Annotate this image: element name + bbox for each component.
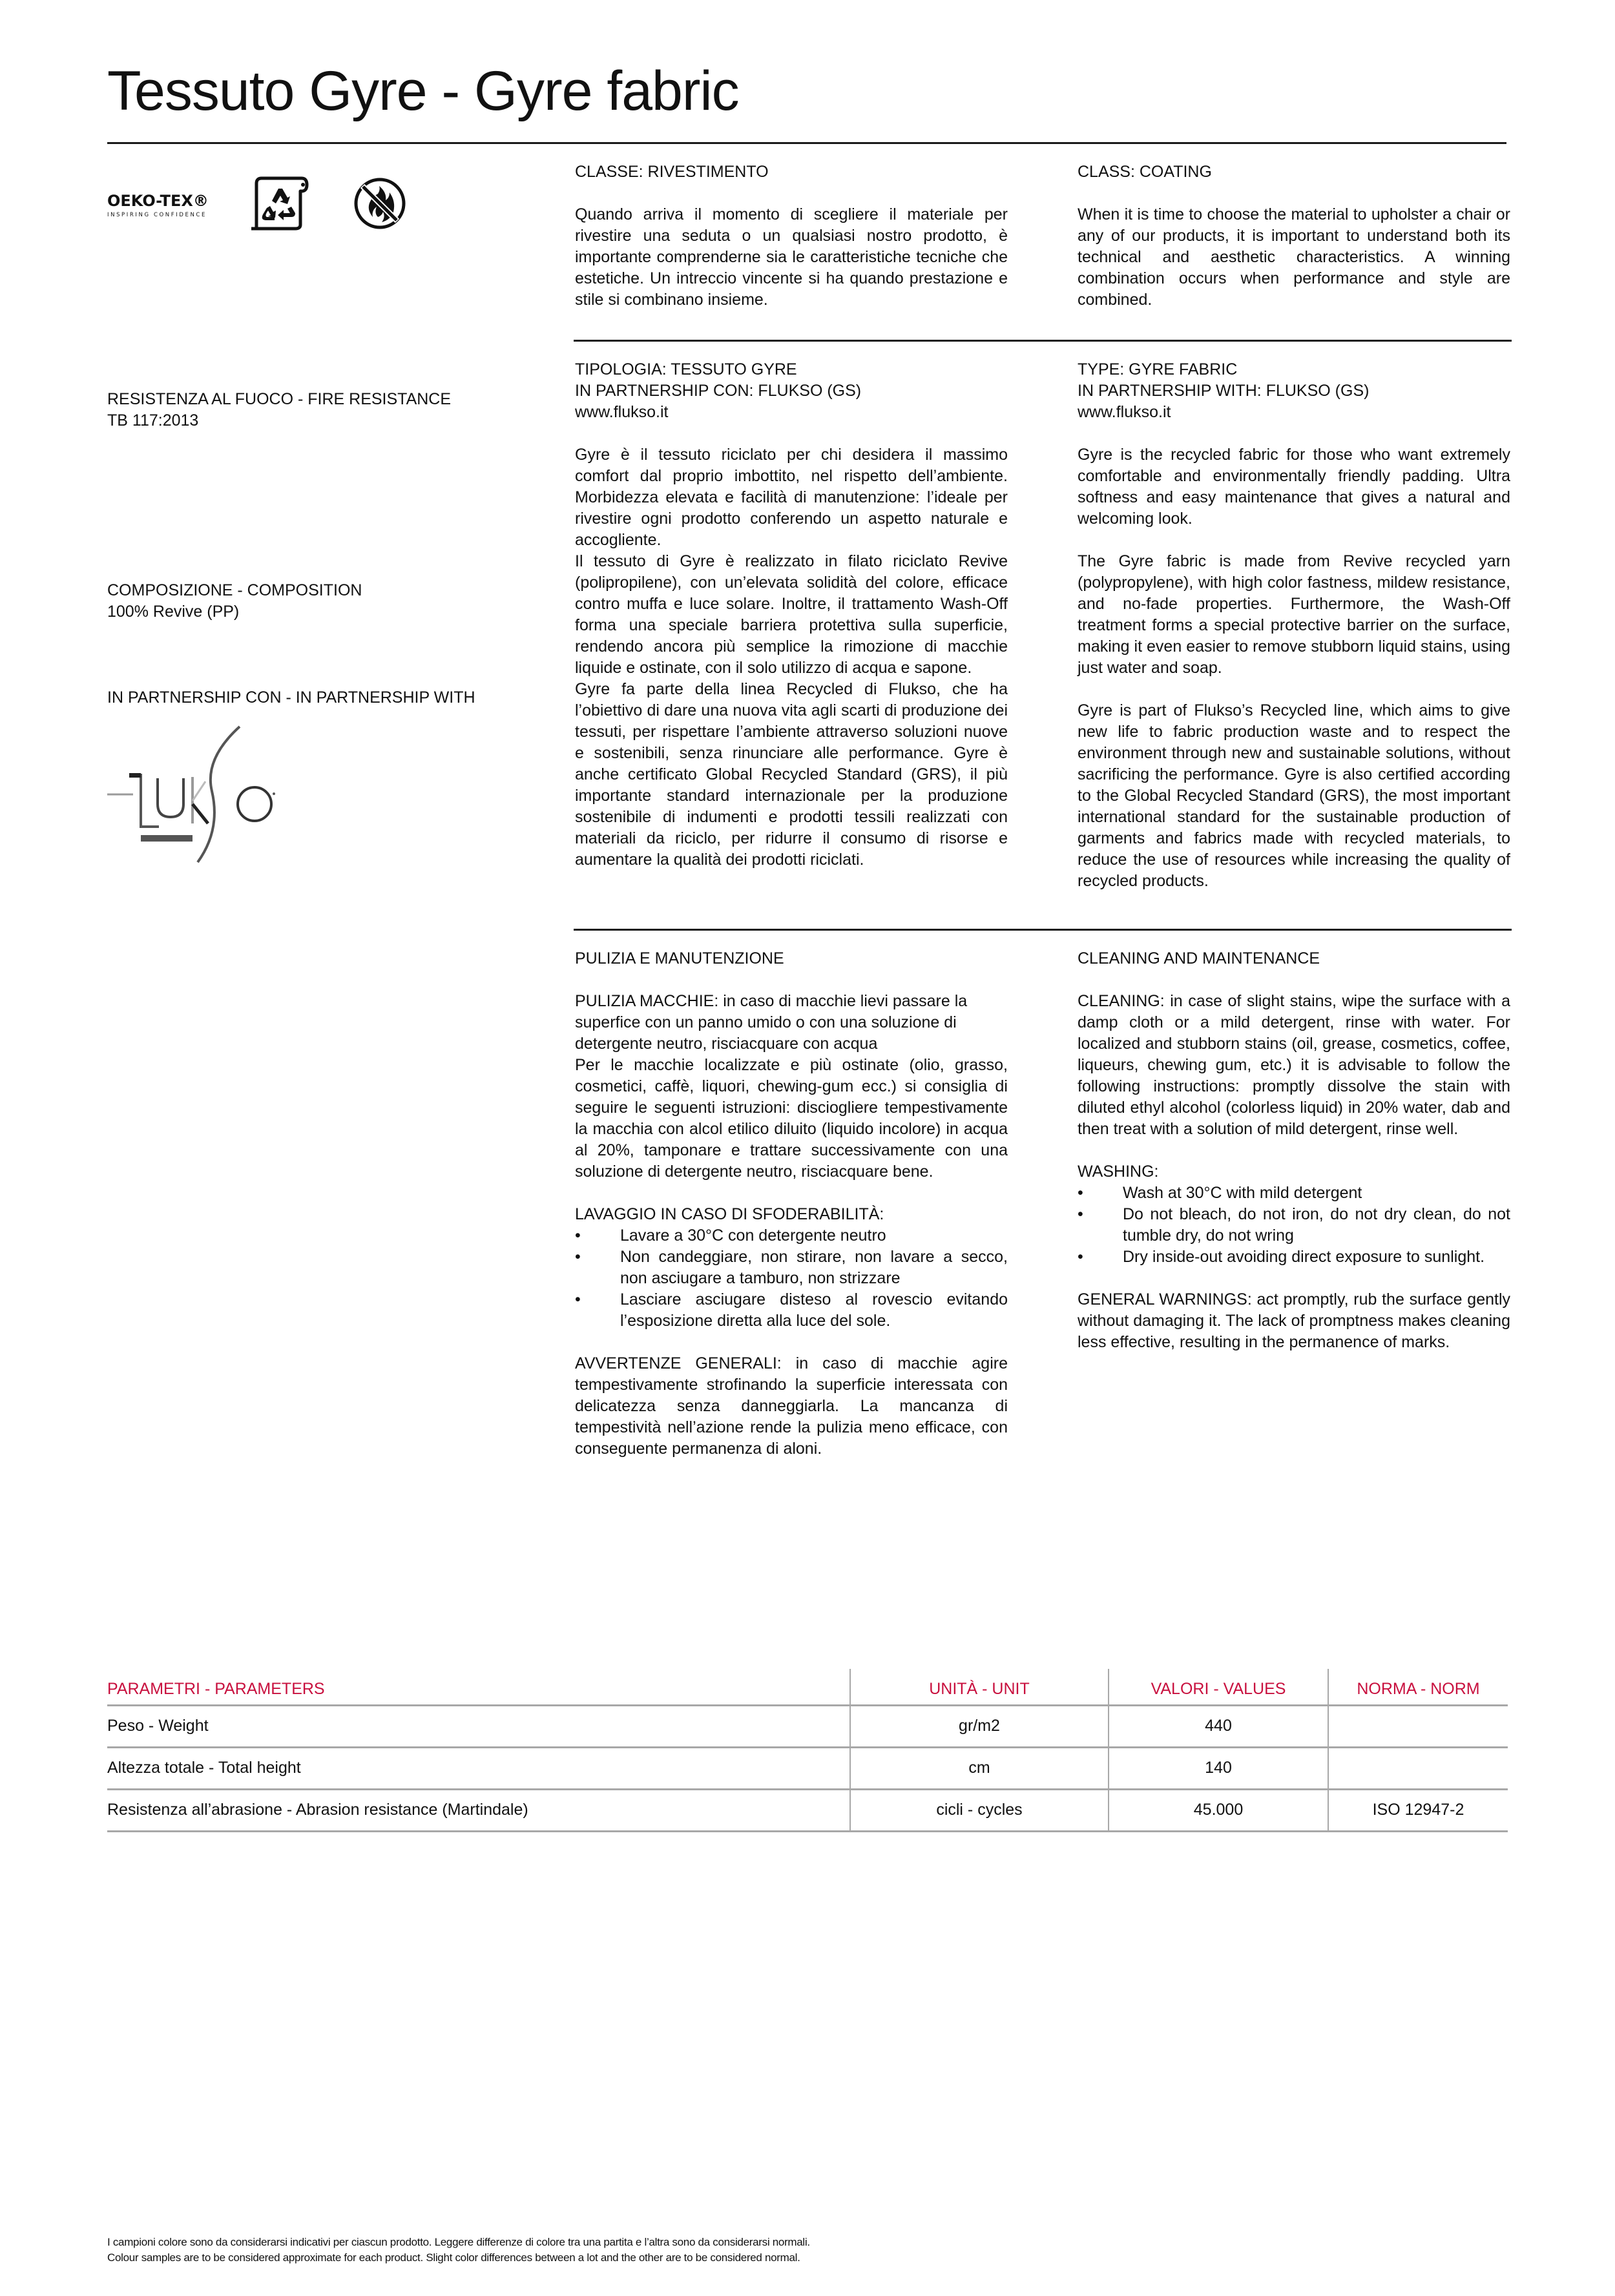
warnings-it: AVVERTENZE GENERALI: in caso di macchie … bbox=[575, 1353, 1008, 1460]
composition-value: 100% Revive (PP) bbox=[107, 601, 559, 623]
param-norm bbox=[1328, 1705, 1508, 1747]
flukso-link-en[interactable]: www.flukso.it bbox=[1078, 402, 1510, 423]
section-divider bbox=[574, 929, 1512, 931]
composition-label: COMPOSIZIONE - COMPOSITION bbox=[107, 580, 559, 601]
param-value: 440 bbox=[1109, 1705, 1328, 1747]
certification-logos: OEKO-TEX® INSPIRING CONFIDENCE bbox=[107, 174, 406, 233]
oeko-tex-tagline: INSPIRING CONFIDENCE bbox=[107, 212, 207, 218]
param-unit: gr/m2 bbox=[850, 1705, 1109, 1747]
type-section-it: TIPOLOGIA: TESSUTO GYRE IN PARTNERSHIP C… bbox=[575, 359, 1008, 871]
washing-list-it: Lavare a 30°C con detergente neutro Non … bbox=[575, 1225, 1008, 1332]
type-paragraph-1-en: Gyre is the recycled fabric for those wh… bbox=[1078, 444, 1510, 530]
table-row: Resistenza all’abrasione - Abrasion resi… bbox=[107, 1789, 1508, 1831]
partnership-label: IN PARTNERSHIP CON - IN PARTNERSHIP WITH bbox=[107, 687, 559, 708]
title-divider bbox=[107, 142, 1506, 144]
table-header-row: PARAMETRI - PARAMETERS UNITÀ - UNIT VALO… bbox=[107, 1669, 1508, 1705]
oeko-tex-wordmark: OEKO-TEX® bbox=[107, 193, 209, 209]
param-norm: ISO 12947-2 bbox=[1328, 1789, 1508, 1831]
recycled-fabric-icon bbox=[249, 174, 313, 233]
cleaning-section-en: CLEANING AND MAINTENANCE CLEANING: in ca… bbox=[1078, 948, 1510, 1353]
washing-heading-en: WASHING: bbox=[1078, 1161, 1510, 1183]
param-name: Peso - Weight bbox=[107, 1705, 850, 1747]
footer-disclaimer: I campioni colore sono da considerarsi i… bbox=[107, 2235, 810, 2266]
param-name: Resistenza all’abrasione - Abrasion resi… bbox=[107, 1789, 850, 1831]
footer-line-it: I campioni colore sono da considerarsi i… bbox=[107, 2235, 810, 2250]
composition-block: COMPOSIZIONE - COMPOSITION 100% Revive (… bbox=[107, 580, 559, 623]
cleaning-heading-it: PULIZIA E MANUTENZIONE bbox=[575, 948, 1008, 969]
flukso-logo bbox=[107, 720, 275, 875]
class-heading-it: CLASSE: RIVESTIMENTO bbox=[575, 161, 1008, 183]
header-parameters: PARAMETRI - PARAMETERS bbox=[107, 1669, 850, 1705]
table-row: Peso - Weight gr/m2 440 bbox=[107, 1705, 1508, 1747]
partnership-block: IN PARTNERSHIP CON - IN PARTNERSHIP WITH bbox=[107, 687, 559, 708]
washing-item: Lasciare asciugare disteso al rovescio e… bbox=[575, 1289, 1008, 1332]
class-body-it: Quando arriva il momento di scegliere il… bbox=[575, 204, 1008, 311]
type-section-en: TYPE: GYRE FABRIC IN PARTNERSHIP WITH: F… bbox=[1078, 359, 1510, 892]
header-norm: NORMA - NORM bbox=[1328, 1669, 1508, 1705]
washing-list-en: Wash at 30°C with mild detergent Do not … bbox=[1078, 1183, 1510, 1268]
type-paragraph-3-it: Gyre fa parte della linea Recycled di Fl… bbox=[575, 679, 1008, 871]
fire-resistance-value: TB 117:2013 bbox=[107, 410, 559, 431]
header-values: VALORI - VALUES bbox=[1109, 1669, 1328, 1705]
washing-item: Lavare a 30°C con detergente neutro bbox=[575, 1225, 1008, 1246]
warnings-en: GENERAL WARNINGS: act promptly, rub the … bbox=[1078, 1289, 1510, 1353]
partnership-line-en: IN PARTNERSHIP WITH: FLUKSO (GS) bbox=[1078, 380, 1510, 402]
table-row: Altezza totale - Total height cm 140 bbox=[107, 1747, 1508, 1789]
footer-line-en: Colour samples are to be considered appr… bbox=[107, 2250, 810, 2266]
type-heading-en: TYPE: GYRE FABRIC bbox=[1078, 359, 1510, 380]
washing-heading-it: LAVAGGIO IN CASO DI SFODERABILITÀ: bbox=[575, 1204, 1008, 1225]
no-fire-icon bbox=[353, 177, 406, 230]
oeko-tex-logo: OEKO-TEX® INSPIRING CONFIDENCE bbox=[107, 193, 209, 218]
class-body-en: When it is time to choose the material t… bbox=[1078, 204, 1510, 311]
washing-item: Do not bleach, do not iron, do not dry c… bbox=[1078, 1204, 1510, 1246]
param-norm bbox=[1328, 1747, 1508, 1789]
class-section-en: CLASS: COATING When it is time to choose… bbox=[1078, 161, 1510, 311]
cleaning-paragraph-1-en: CLEANING: in case of slight stains, wipe… bbox=[1078, 991, 1510, 1140]
param-value: 45.000 bbox=[1109, 1789, 1328, 1831]
type-paragraph-2-it: Il tessuto di Gyre è realizzato in filat… bbox=[575, 551, 1008, 679]
washing-item: Dry inside-out avoiding direct exposure … bbox=[1078, 1246, 1510, 1268]
param-unit: cicli - cycles bbox=[850, 1789, 1109, 1831]
cleaning-heading-en: CLEANING AND MAINTENANCE bbox=[1078, 948, 1510, 969]
param-unit: cm bbox=[850, 1747, 1109, 1789]
class-section-it: CLASSE: RIVESTIMENTO Quando arriva il mo… bbox=[575, 161, 1008, 311]
cleaning-section-it: PULIZIA E MANUTENZIONE PULIZIA MACCHIE: … bbox=[575, 948, 1008, 1460]
page-title: Tessuto Gyre - Gyre fabric bbox=[107, 63, 739, 119]
type-paragraph-2-en: The Gyre fabric is made from Revive recy… bbox=[1078, 551, 1510, 679]
type-paragraph-1-it: Gyre è il tessuto riciclato per chi desi… bbox=[575, 444, 1008, 551]
section-divider bbox=[574, 340, 1512, 342]
cleaning-paragraph-1-it: PULIZIA MACCHIE: in caso di macchie liev… bbox=[575, 991, 1008, 1055]
param-value: 140 bbox=[1109, 1747, 1328, 1789]
fire-resistance-block: RESISTENZA AL FUOCO - FIRE RESISTANCE TB… bbox=[107, 389, 559, 431]
washing-item: Wash at 30°C with mild detergent bbox=[1078, 1183, 1510, 1204]
flukso-link-it[interactable]: www.flukso.it bbox=[575, 402, 1008, 423]
parameters-table: PARAMETRI - PARAMETERS UNITÀ - UNIT VALO… bbox=[107, 1669, 1508, 1832]
class-heading-en: CLASS: COATING bbox=[1078, 161, 1510, 183]
cleaning-paragraph-2-it: Per le macchie localizzate e più ostinat… bbox=[575, 1055, 1008, 1183]
type-paragraph-3-en: Gyre is part of Flukso’s Recycled line, … bbox=[1078, 700, 1510, 892]
header-unit: UNITÀ - UNIT bbox=[850, 1669, 1109, 1705]
fire-resistance-label: RESISTENZA AL FUOCO - FIRE RESISTANCE bbox=[107, 389, 559, 410]
washing-item: Non candeggiare, non stirare, non lavare… bbox=[575, 1246, 1008, 1289]
param-name: Altezza totale - Total height bbox=[107, 1747, 850, 1789]
partnership-line-it: IN PARTNERSHIP CON: FLUKSO (GS) bbox=[575, 380, 1008, 402]
type-heading-it: TIPOLOGIA: TESSUTO GYRE bbox=[575, 359, 1008, 380]
